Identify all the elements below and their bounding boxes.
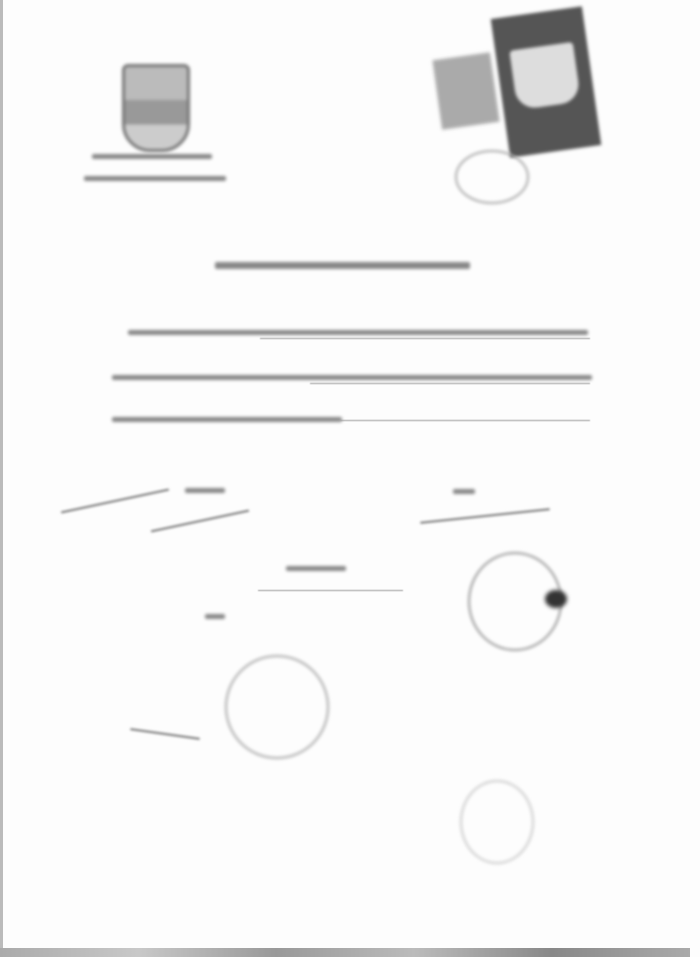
signature-left (61, 489, 169, 514)
institution-line-1 (92, 154, 212, 159)
round-seal-icon (225, 655, 329, 759)
signature-registrar (151, 510, 249, 533)
revenue-stamp-icon (432, 52, 499, 129)
scan-edge-left (0, 0, 3, 957)
signature-label-right (453, 489, 475, 494)
certificate-title (215, 262, 470, 269)
signature-label-left (185, 488, 225, 493)
body-line-1 (128, 330, 588, 335)
university-crest-icon (122, 64, 190, 152)
revenue-stamp-icon (491, 6, 602, 157)
round-seal-icon (455, 150, 529, 204)
signature-label-center (286, 566, 346, 571)
ink-blot (545, 590, 567, 608)
body-line-3 (112, 417, 342, 422)
round-seal-icon (460, 780, 534, 864)
scan-edge-bottom (0, 948, 690, 957)
small-mark (205, 614, 225, 619)
signature-right (420, 508, 549, 524)
initials-mark (130, 728, 200, 740)
body-line-2 (112, 375, 592, 380)
institution-line-2 (84, 176, 226, 181)
